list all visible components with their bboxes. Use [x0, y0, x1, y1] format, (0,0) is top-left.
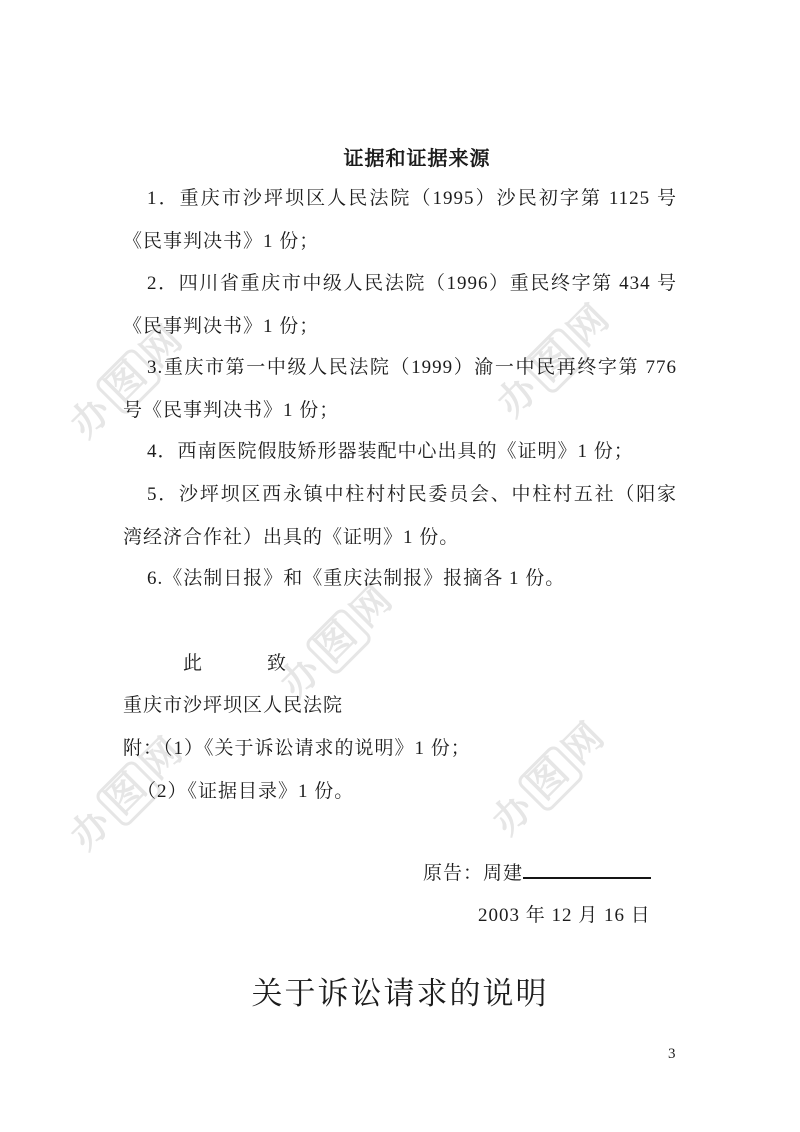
signature-blank-line — [523, 858, 651, 879]
signature-row: 原告：周建 — [423, 853, 651, 896]
evidence-item-6: 6.《法制日报》和《重庆法制报》报摘各 1 份。 — [123, 558, 677, 601]
watermark-char: 办 — [63, 387, 122, 446]
next-section-title: 关于诉讼请求的说明 — [0, 972, 800, 1016]
recipient-court: 重庆市沙坪坝区人民法院 — [123, 685, 677, 728]
evidence-item-2: 2．四川省重庆市中级人民法院（1996）重民终字第 434 号《民事判决书》1 … — [123, 263, 677, 348]
evidence-section-title: 证据和证据来源 — [0, 146, 800, 172]
attachment-line-1: 附：（1）《关于诉讼请求的说明》1 份； — [123, 728, 677, 771]
document-date: 2003 年 12 月 16 日 — [478, 895, 651, 938]
evidence-item-5: 5．沙坪坝区西永镇中柱村村民委员会、中柱村五社（阳家湾经济合作社）出具的《证明》… — [123, 474, 677, 559]
page-number: 3 — [668, 1044, 676, 1064]
evidence-item-3: 3.重庆市第一中级人民法院（1999）渝一中民再终字第 776 号《民事判决书》… — [123, 347, 677, 432]
evidence-item-1: 1．重庆市沙坪坝区人民法院（1995）沙民初字第 1125 号《民事判决书》1 … — [123, 178, 677, 263]
evidence-item-4: 4．西南医院假肢矫形器装配中心出具的《证明》1 份； — [123, 431, 677, 474]
plaintiff-label: 原告： — [423, 863, 483, 884]
plaintiff-name: 周建 — [483, 863, 523, 884]
attachment-line-2: （2）《证据目录》1 份。 — [123, 771, 677, 814]
salutation-ci: 此 — [183, 643, 203, 686]
watermark-char: 办 — [63, 799, 122, 858]
document-page: 办图网 办图网 办图网 办图网 办图网 证据和证据来源 1．重庆市沙坪坝区人民法… — [0, 0, 800, 1132]
salutation-zhi: 致 — [267, 643, 287, 686]
salutation-line: 此致 — [123, 643, 677, 686]
